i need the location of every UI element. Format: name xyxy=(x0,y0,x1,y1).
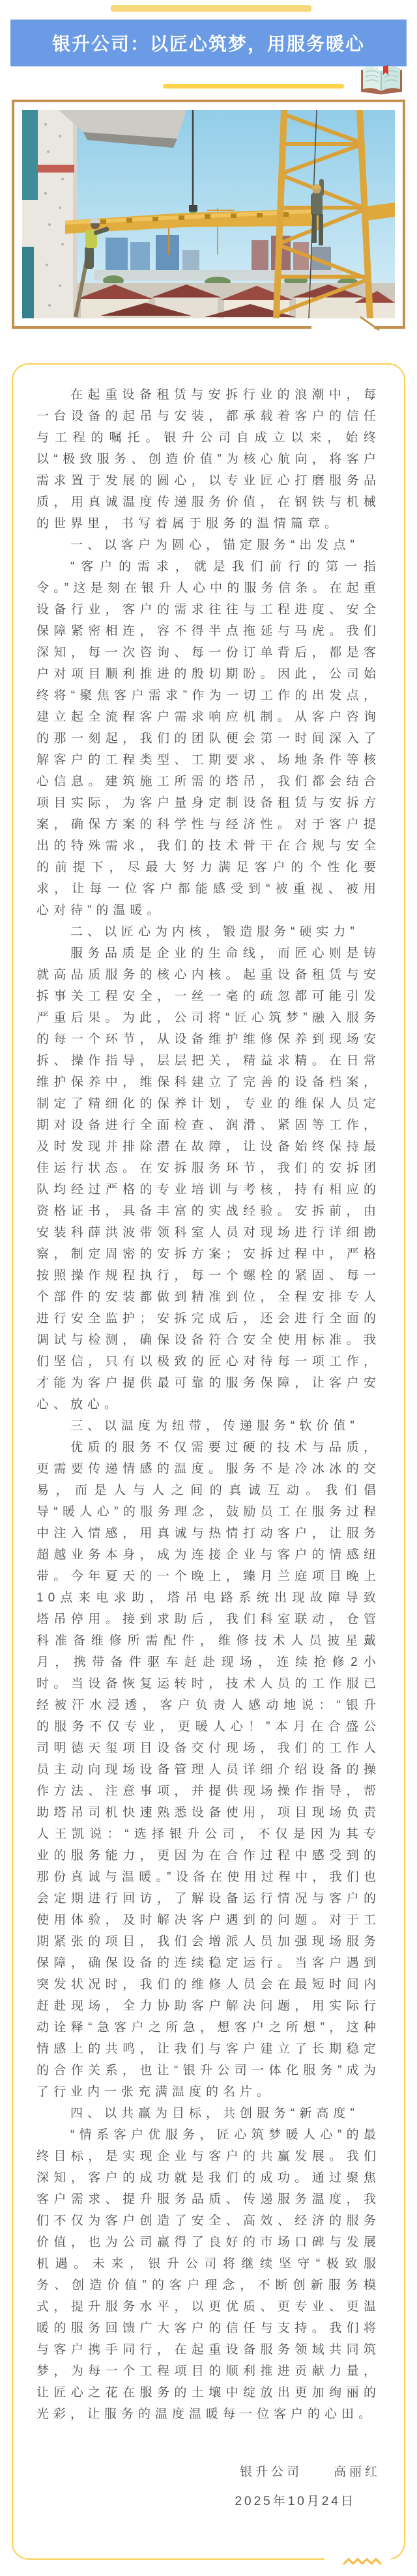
article-intro-paragraph: 在起重设备租赁与安拆行业的浪潮中，每一台设备的起吊与安装，都承载着客户的信任与工… xyxy=(36,384,381,534)
open-book-icon-svg xyxy=(360,64,403,94)
photo-frame-border-gap xyxy=(311,325,374,331)
section-heading-4: 四、以共赢为目标，共创服务“新高度” xyxy=(36,2103,381,2124)
section-paragraph-2: 服务品质是企业的生命线，而匠心则是铸就高品质服务的核心内核。起重设备租赁与安拆事… xyxy=(36,943,381,1415)
section-paragraph-4: “情系客户优服务，匠心筑梦暖人心”的最终目标，是实现企业与客户的共赢发展。我们深… xyxy=(36,2124,381,2425)
section-heading-3: 三、以温度为纽带，传递服务“软价值” xyxy=(36,1415,381,1437)
page-title: 银升公司：以匠心筑梦，用服务暖心 xyxy=(52,30,365,56)
section-heading-1: 一、以客户为圆心，锚定服务“出发点” xyxy=(36,534,381,556)
open-book-icon xyxy=(360,64,403,94)
title-underline-bar xyxy=(163,84,344,89)
signature: 银升公司 高丽红 xyxy=(36,2461,381,2483)
signature-block: 银升公司 高丽红 2025年10月24日 xyxy=(36,2461,381,2512)
construction-site-photo xyxy=(22,110,395,318)
section-paragraph-1: “客户的需求，就是我们前行的第一指令。”这是刻在银升人心中的服务信条。在起重设备… xyxy=(36,556,381,921)
section-heading-2: 二、以匠心为内核，锻造服务“硬实力” xyxy=(36,921,381,943)
article-page: 银升公司：以匠心筑梦，用服务暖心 xyxy=(0,0,417,2576)
photo-frame xyxy=(12,100,405,329)
concrete-building xyxy=(22,110,77,318)
zigzag-decoration xyxy=(343,2557,382,2566)
article-body-box: 在起重设备租赁与安拆行业的浪潮中，每一台设备的起吊与安装，都承载着客户的信任与工… xyxy=(12,363,405,2560)
section-paragraph-3: 优质的服务不仅需要过硬的技术与品质，更需要传递情感的温度。服务不是冷冰冰的交易，… xyxy=(36,1437,381,2103)
title-banner: 银升公司：以匠心筑梦，用服务暖心 xyxy=(10,20,407,66)
top-decorative-bar xyxy=(111,5,311,12)
signature-date: 2025年10月24日 xyxy=(36,2491,381,2512)
